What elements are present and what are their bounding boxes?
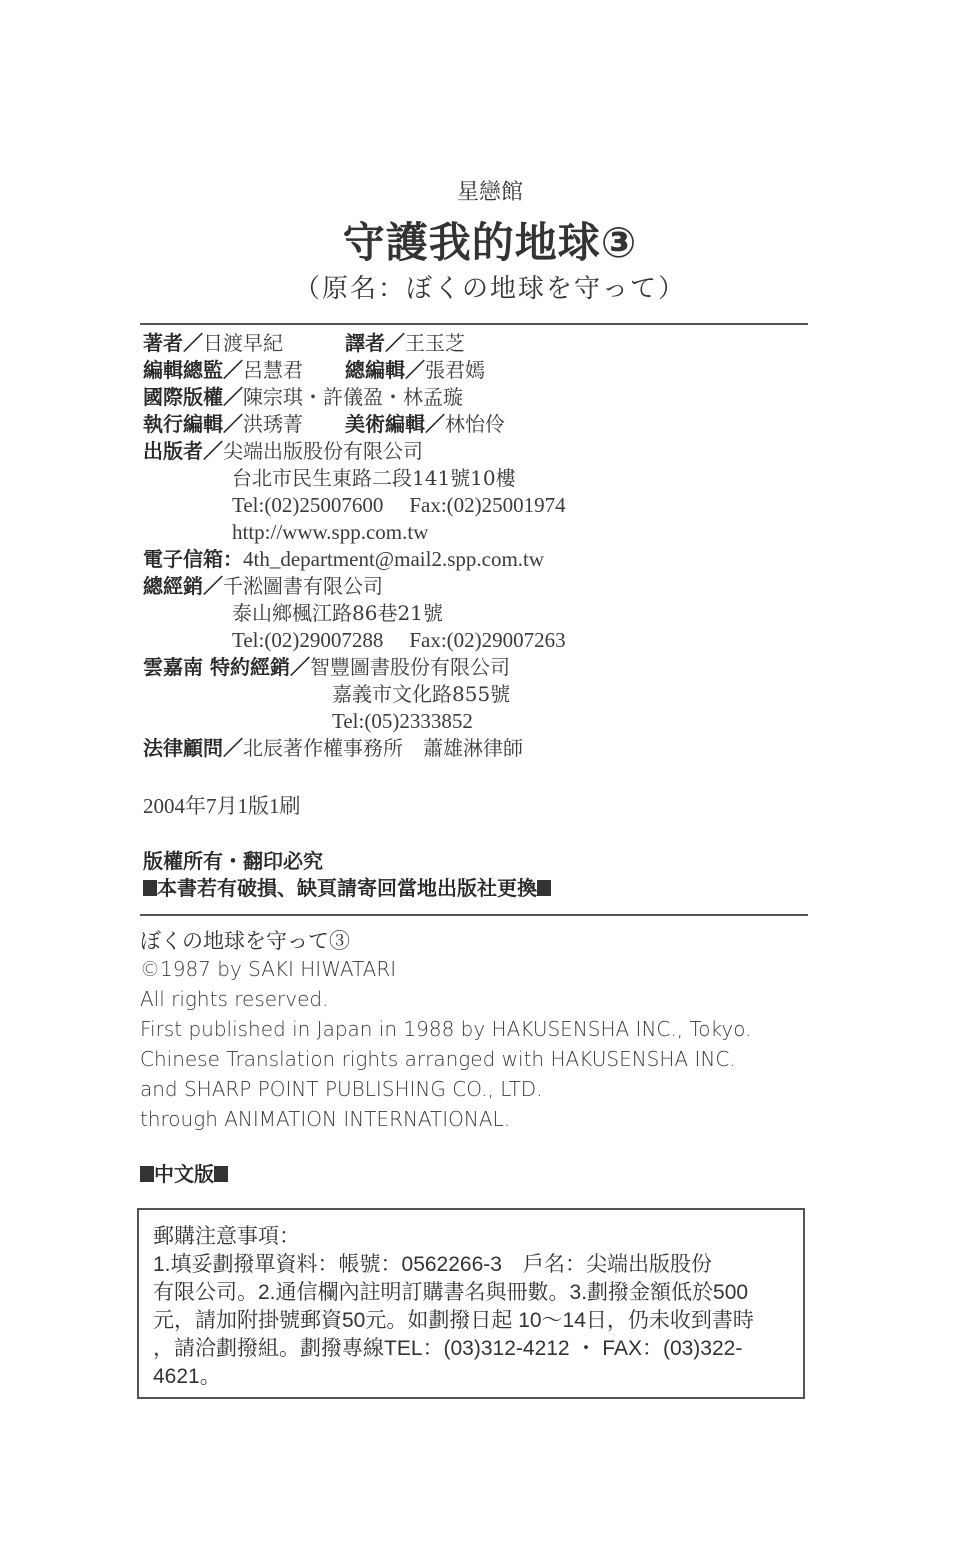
publisher-value: 尖端出版股份有限公司 — [223, 439, 423, 463]
publisher-url[interactable]: http://www.spp.com.tw — [232, 520, 428, 544]
editorial-director-value: 呂慧君 — [243, 358, 303, 382]
credits-row-publisher: 出版者／尖端出版股份有限公司 — [143, 438, 423, 465]
distributor-tel: Tel:(02)29007288 — [232, 628, 383, 652]
regional-value: 智豐圖書股份有限公司 — [310, 655, 510, 679]
distributor-fax: Fax:(02)29007263 — [409, 628, 565, 652]
divider-top — [140, 323, 808, 325]
rights-reserved: 版權所有・翻印必究 — [143, 845, 323, 874]
original-title: （原名：ぼくの地球を守って） — [0, 268, 980, 305]
publisher-tel: Tel:(02)25007600 — [232, 493, 383, 517]
notice-line: 1.填妥劃撥單資料：帳號：0562266-3 戶名：尖端出版股份 — [153, 1248, 712, 1278]
art-editor-value: 林怡伶 — [445, 412, 505, 436]
intl-rights-label: 國際版權／ — [143, 385, 243, 409]
chief-editor-label: 總編輯／ — [345, 358, 425, 382]
email-value[interactable]: 4th_department@mail2.spp.com.tw — [243, 547, 544, 571]
notice-line: 4621。 — [153, 1360, 221, 1390]
publisher-contact: Tel:(02)25007600Fax:(02)25001974 — [232, 492, 566, 519]
imprint-label: 星戀館 — [0, 175, 980, 206]
credits-row-distributor: 總經銷／千淞圖書有限公司 — [143, 573, 383, 600]
chief-editor-value: 張君嫣 — [425, 358, 485, 382]
credits-row-intl-rights: 國際版權／陳宗琪・許儀盈・林孟璇 — [143, 384, 463, 411]
divider-middle — [140, 914, 808, 916]
translator-label: 譯者／ — [345, 331, 405, 355]
credits-row-translator: 譯者／王玉芝 — [345, 330, 465, 357]
damage-replacement-text: 本書若有破損、缺頁請寄回當地出版社更換 — [157, 876, 537, 900]
regional-address-value: 嘉義市文化路855號 — [332, 682, 510, 706]
distributor-value: 千淞圖書有限公司 — [223, 574, 383, 598]
credits-row-exec-editor: 執行編輯／洪琇菁 — [143, 411, 303, 438]
regional-tel: Tel:(05)2333852 — [332, 709, 473, 733]
credits-row-art-editor: 美術編輯／林怡伶 — [345, 411, 505, 438]
square-bullet-icon — [214, 1166, 228, 1182]
translator-value: 王玉芝 — [405, 331, 465, 355]
credits-row-editorial-director: 編輯總監／呂慧君 — [143, 357, 303, 384]
translation-rights-line: Chinese Translation rights arranged with… — [140, 1047, 736, 1071]
chinese-edition-label: 中文版 — [154, 1162, 214, 1186]
exec-editor-value: 洪琇菁 — [243, 412, 303, 436]
distributor-contact: Tel:(02)29007288Fax:(02)29007263 — [232, 627, 566, 654]
legal-label: 法律顧問／ — [143, 736, 243, 760]
chinese-edition-marker: 中文版 — [140, 1158, 228, 1187]
square-bullet-icon — [537, 880, 551, 896]
publisher-address-value: 台北市民生東路二段141號10樓 — [232, 466, 516, 490]
credits-row-regional: 雲嘉南 特約經銷／智豐圖書股份有限公司 — [143, 654, 510, 681]
publisher-fax: Fax:(02)25001974 — [409, 493, 565, 517]
all-rights-reserved: All rights reserved. — [140, 987, 328, 1011]
square-bullet-icon — [143, 880, 157, 896]
credits-row-chief-editor: 總編輯／張君嫣 — [345, 357, 485, 384]
notice-line: 元，請加附掛號郵資50元。如劃撥日起 10～14日，仍未收到書時 — [153, 1304, 754, 1334]
email-label: 電子信箱： — [143, 547, 243, 571]
distributor-address: 泰山鄉楓江路86巷21號 — [232, 600, 443, 627]
distributor-address-value: 泰山鄉楓江路86巷21號 — [232, 601, 443, 625]
credits-row-author: 著者／日渡早紀 — [143, 330, 283, 357]
first-published-line: First published in Japan in 1988 by HAKU… — [140, 1017, 751, 1041]
notice-heading: 郵購注意事項： — [153, 1220, 300, 1250]
intl-rights-value: 陳宗琪・許儀盈・林孟璇 — [243, 385, 463, 409]
legal-value: 北辰著作權事務所 蕭雄淋律師 — [243, 736, 523, 760]
regional-contact: Tel:(05)2333852 — [332, 708, 473, 735]
publisher-label: 出版者／ — [143, 439, 223, 463]
regional-label: 雲嘉南 特約經銷／ — [143, 655, 310, 679]
distributor-label: 總經銷／ — [143, 574, 223, 598]
regional-address: 嘉義市文化路855號 — [332, 681, 510, 708]
notice-line: ，請洽劃撥組。劃撥專線TEL：(03)312-4212 ・ FAX：(03)32… — [153, 1332, 742, 1362]
publisher-address: 台北市民生東路二段141號10樓 — [232, 465, 516, 492]
notice-line: 有限公司。2.通信欄內註明訂購書名與冊數。3.劃撥金額低於500 — [153, 1276, 748, 1306]
mail-order-notice-box: 郵購注意事項： 1.填妥劃撥單資料：帳號：0562266-3 戶名：尖端出版股份… — [137, 1208, 805, 1399]
author-label: 著者／ — [143, 331, 203, 355]
edition-info: 2004年7月1版1刷 — [143, 790, 301, 820]
credits-row-email: 電子信箱：4th_department@mail2.spp.com.tw — [143, 546, 544, 573]
sharp-point-line: and SHARP POINT PUBLISHING CO., LTD. — [140, 1077, 543, 1101]
exec-editor-label: 執行編輯／ — [143, 412, 243, 436]
jp-title: ぼくの地球を守って③ — [140, 925, 350, 955]
author-value: 日渡早紀 — [203, 331, 283, 355]
copyright-line: ©1987 by SAKI HIWATARI — [140, 957, 396, 981]
through-agency-line: through ANIMATION INTERNATIONAL. — [140, 1107, 510, 1131]
publisher-website: http://www.spp.com.tw — [232, 519, 428, 546]
credits-row-legal: 法律顧問／北辰著作權事務所 蕭雄淋律師 — [143, 735, 523, 762]
square-bullet-icon — [140, 1166, 154, 1182]
editorial-director-label: 編輯總監／ — [143, 358, 243, 382]
damage-replacement-notice: 本書若有破損、缺頁請寄回當地出版社更換 — [143, 872, 551, 901]
art-editor-label: 美術編輯／ — [345, 412, 445, 436]
book-title: 守護我的地球③ — [0, 210, 980, 270]
